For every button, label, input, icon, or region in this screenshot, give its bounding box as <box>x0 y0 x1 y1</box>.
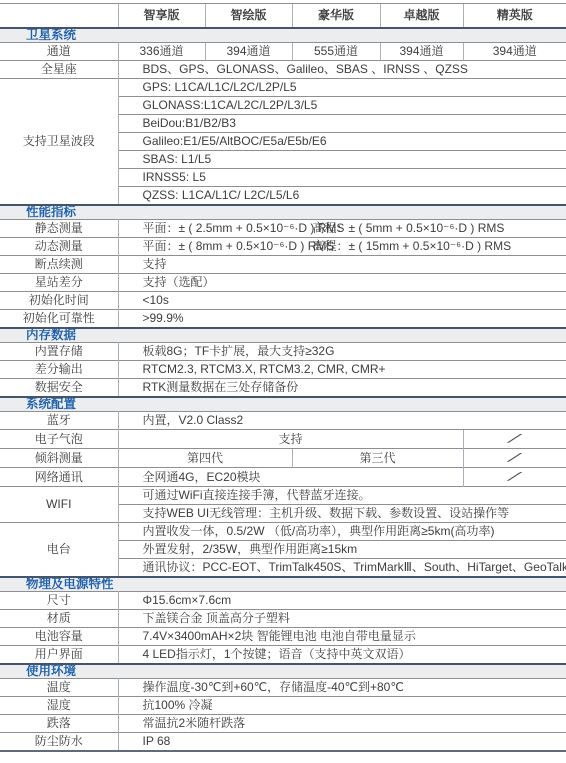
row-label-channels: 通道 <box>0 43 118 61</box>
channels-value: 394通道 <box>380 43 463 61</box>
tilt-gen4-value: 第四代 <box>118 449 292 468</box>
size-value: Φ15.6cm×7.6cm <box>118 592 566 610</box>
row-label-bluetooth: 蓝牙 <box>0 412 118 430</box>
diff-output-value: RTCM2.3, RTCM3.X, RTCM3.2, CMR, CMR+ <box>118 361 566 379</box>
row-label-temperature: 温度 <box>0 679 118 697</box>
static-height-spec: 高程：± ( 5mm + 0.5×10⁻⁶·D ) RMS <box>313 221 505 235</box>
row-network: 网络通讯 全网通4G，EC20模块 ╱ <box>0 468 566 487</box>
row-resume-survey: 断点续测 支持 <box>0 256 566 274</box>
channels-value: 555通道 <box>292 43 380 61</box>
row-label-humidity: 湿度 <box>0 697 118 715</box>
row-static-measure: 静态测量 平面：± ( 2.5mm + 0.5×10⁻⁶·D ) RMS高程：±… <box>0 220 566 238</box>
section-performance: 性能指标 <box>0 205 566 220</box>
data-safety-value: RTK测量数据在三处存储备份 <box>118 379 566 398</box>
band-value: BeiDou:B1/B2/B3 <box>118 115 566 133</box>
band-value: GLONASS:L1CA/L2C/L2P/L3/L5 <box>118 97 566 115</box>
row-temperature: 温度 操作温度-30℃到+60℃，存储温度-40℃到+80℃ <box>0 679 566 697</box>
drop-value: 常温抗2米随杆跌落 <box>118 715 566 733</box>
product-column-header: 精英版 <box>463 4 566 29</box>
section-title: 性能指标 <box>0 205 566 220</box>
band-value: GPS: L1CA/L1C/L2C/L2P/L5 <box>118 79 566 97</box>
radio-value: 外置发射，2/35W，典型作用距离≥15km <box>118 541 566 559</box>
band-value: IRNSS5: L5 <box>118 169 566 187</box>
row-label-battery: 电池容量 <box>0 628 118 646</box>
row-bands: 支持卫星波段 GPS: L1CA/L1C/L2C/L2P/L5 <box>0 79 566 97</box>
constellation-value: BDS、GPS、GLONASS、Galileo、SBAS 、IRNSS 、QZS… <box>118 61 566 79</box>
product-column-header: 智绘版 <box>205 4 292 29</box>
row-label-network: 网络通讯 <box>0 468 118 487</box>
channels-value: 336通道 <box>118 43 205 61</box>
network-value: 全网通4G，EC20模块 <box>118 468 463 487</box>
row-label-tilt: 倾斜测量 <box>0 449 118 468</box>
section-title: 卫星系统 <box>0 28 566 43</box>
radio-value: 内置收发一体，0.5/2W （低/高功率），典型作用距离≥5km(高功率) <box>118 523 566 541</box>
ebubble-na-cell: ╱ <box>463 430 566 449</box>
dynamic-plane-spec: 平面：± ( 8mm + 0.5×10⁻⁶·D ) RMS <box>143 238 313 255</box>
not-available-slash: ╱ <box>508 472 522 481</box>
storage-value: 板载8G；TF卡扩展，最大支持≥32G <box>118 343 566 361</box>
row-humidity: 湿度 抗100% 冷凝 <box>0 697 566 715</box>
temperature-value: 操作温度-30℃到+60℃，存储温度-40℃到+80℃ <box>118 679 566 697</box>
static-plane-spec: 平面：± ( 2.5mm + 0.5×10⁻⁶·D ) RMS <box>143 220 313 237</box>
user-interface-value: 4 LED指示灯，1个按键；语音（支持中英文双语） <box>118 646 566 665</box>
ppp-service-value: 支持（选配） <box>118 274 566 292</box>
dynamic-measure-value: 平面：± ( 8mm + 0.5×10⁻⁶·D ) RMS高程：± ( 15mm… <box>118 238 566 256</box>
wifi-value: 可通过WiFi直接连接手簿，代替蓝牙连接。 <box>118 487 566 505</box>
spec-table: 智享版 智绘版 豪华版 卓越版 精英版 卫星系统 通道 336通道 394通道 … <box>0 3 566 752</box>
section-satellite-system: 卫星系统 <box>0 28 566 43</box>
dust-water-value: IP 68 <box>118 733 566 752</box>
row-radio: 电台 内置收发一体，0.5/2W （低/高功率），典型作用距离≥5km(高功率) <box>0 523 566 541</box>
header-empty-cell <box>0 4 118 29</box>
band-value: QZSS: L1CA/L1C/ L2C/L5/L6 <box>118 187 566 206</box>
product-header-row: 智享版 智绘版 豪华版 卓越版 精英版 <box>0 4 566 29</box>
row-tilt: 倾斜测量 第四代 第三代 ╱ <box>0 449 566 468</box>
product-column-header: 卓越版 <box>380 4 463 29</box>
not-available-slash: ╱ <box>508 453 522 462</box>
row-user-interface: 用户界面 4 LED指示灯，1个按键；语音（支持中英文双语） <box>0 646 566 665</box>
row-label-dust-water: 防尘防水 <box>0 733 118 752</box>
section-title: 系统配置 <box>0 397 566 412</box>
section-system-config: 系统配置 <box>0 397 566 412</box>
row-diff-output: 差分输出 RTCM2.3, RTCM3.X, RTCM3.2, CMR, CMR… <box>0 361 566 379</box>
row-bluetooth: 蓝牙 内置，V2.0 Class2 <box>0 412 566 430</box>
product-column-header: 豪华版 <box>292 4 380 29</box>
row-dynamic-measure: 动态测量 平面：± ( 8mm + 0.5×10⁻⁶·D ) RMS高程：± (… <box>0 238 566 256</box>
row-size: 尺寸 Φ15.6cm×7.6cm <box>0 592 566 610</box>
tilt-na-cell: ╱ <box>463 449 566 468</box>
network-na-cell: ╱ <box>463 468 566 487</box>
row-data-safety: 数据安全 RTK测量数据在三处存储备份 <box>0 379 566 398</box>
row-channels: 通道 336通道 394通道 555通道 394通道 394通道 <box>0 43 566 61</box>
channels-value: 394通道 <box>463 43 566 61</box>
row-label-resume-survey: 断点续测 <box>0 256 118 274</box>
band-value: Galileo:E1/E5/AltBOC/E5a/E5b/E6 <box>118 133 566 151</box>
section-memory: 内存数据 <box>0 328 566 343</box>
row-material: 材质 下盖镁合金 顶盖高分子塑料 <box>0 610 566 628</box>
row-label-dynamic-measure: 动态测量 <box>0 238 118 256</box>
row-label-material: 材质 <box>0 610 118 628</box>
row-label-storage: 内置存储 <box>0 343 118 361</box>
row-label-wifi: WIFI <box>0 487 118 523</box>
row-wifi: WIFI 可通过WiFi直接连接手簿，代替蓝牙连接。 <box>0 487 566 505</box>
row-init-time: 初始化时间 <10s <box>0 292 566 310</box>
band-value: SBAS: L1/L5 <box>118 151 566 169</box>
row-label-data-safety: 数据安全 <box>0 379 118 398</box>
row-init-reliability: 初始化可靠性 >99.9% <box>0 310 566 329</box>
dynamic-height-spec: 高程：± ( 15mm + 0.5×10⁻⁶·D ) RMS <box>313 239 512 253</box>
product-column-header: 智享版 <box>118 4 205 29</box>
row-battery: 电池容量 7.4V×3400mAH×2块 智能锂电池 电池自带电量显示 <box>0 628 566 646</box>
static-measure-value: 平面：± ( 2.5mm + 0.5×10⁻⁶·D ) RMS高程：± ( 5m… <box>118 220 566 238</box>
section-environment: 使用环境 <box>0 664 566 679</box>
tilt-gen3-value: 第三代 <box>292 449 463 468</box>
row-dust-water: 防尘防水 IP 68 <box>0 733 566 752</box>
row-label-constellation: 全星座 <box>0 61 118 79</box>
battery-value: 7.4V×3400mAH×2块 智能锂电池 电池自带电量显示 <box>118 628 566 646</box>
material-value: 下盖镁合金 顶盖高分子塑料 <box>118 610 566 628</box>
not-available-slash: ╱ <box>508 434 522 443</box>
row-drop: 跌落 常温抗2米随杆跌落 <box>0 715 566 733</box>
row-label-static-measure: 静态测量 <box>0 220 118 238</box>
row-label-radio: 电台 <box>0 523 118 578</box>
init-time-value: <10s <box>118 292 566 310</box>
row-label-ebubble: 电子气泡 <box>0 430 118 449</box>
row-label-ppp-service: 星站差分 <box>0 274 118 292</box>
row-label-init-time: 初始化时间 <box>0 292 118 310</box>
radio-value: 通讯协议：PCC-EOT、TrimTalk450S、TrimMarkⅢ、Sout… <box>118 559 566 578</box>
bluetooth-value: 内置，V2.0 Class2 <box>118 412 566 430</box>
row-label-diff-output: 差分输出 <box>0 361 118 379</box>
channels-value: 394通道 <box>205 43 292 61</box>
section-title: 物理及电源特性 <box>0 577 566 592</box>
row-constellation: 全星座 BDS、GPS、GLONASS、Galileo、SBAS 、IRNSS … <box>0 61 566 79</box>
row-label-bands: 支持卫星波段 <box>0 79 118 206</box>
wifi-value: 支持WEB UI无线管理：主机升级、数据下载、参数设置、设站操作等 <box>118 505 566 523</box>
row-label-size: 尺寸 <box>0 592 118 610</box>
section-title: 使用环境 <box>0 664 566 679</box>
row-label-user-interface: 用户界面 <box>0 646 118 665</box>
section-title: 内存数据 <box>0 328 566 343</box>
row-label-drop: 跌落 <box>0 715 118 733</box>
init-reliability-value: >99.9% <box>118 310 566 329</box>
row-storage: 内置存储 板载8G；TF卡扩展，最大支持≥32G <box>0 343 566 361</box>
row-ppp-service: 星站差分 支持（选配） <box>0 274 566 292</box>
row-label-init-reliability: 初始化可靠性 <box>0 310 118 329</box>
resume-survey-value: 支持 <box>118 256 566 274</box>
section-physical: 物理及电源特性 <box>0 577 566 592</box>
row-ebubble: 电子气泡 支持 ╱ <box>0 430 566 449</box>
ebubble-value: 支持 <box>118 430 463 449</box>
humidity-value: 抗100% 冷凝 <box>118 697 566 715</box>
